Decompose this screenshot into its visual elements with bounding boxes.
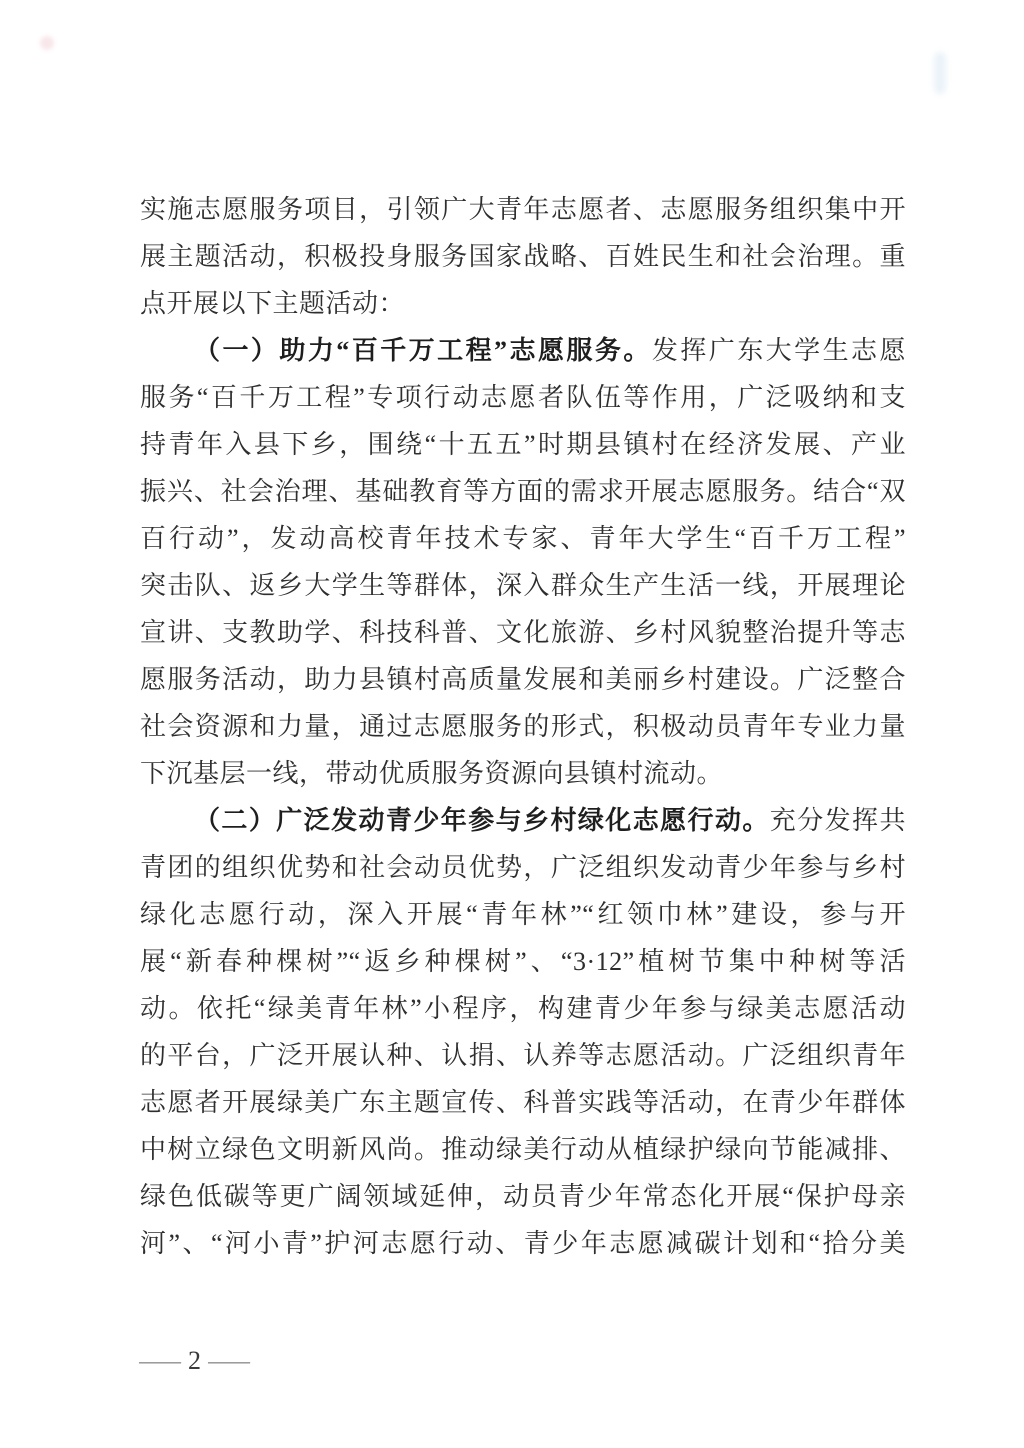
text-line: 绿化志愿行动，深入开展“青年林”“红领巾林”建设，参与开: [140, 891, 906, 938]
document-lines: 实施志愿服务项目，引领广大青年志愿者、志愿服务组织集中开展主题活动，积极投身服务…: [140, 186, 906, 1267]
text-line: 的平台，广泛开展认种、认捐、认养等志愿活动。广泛组织青年: [140, 1032, 906, 1079]
text-line: 愿服务活动，助力县镇村高质量发展和美丽乡村建设。广泛整合: [140, 656, 906, 703]
text-line: 河”、“河小青”护河志愿行动、青少年志愿减碳计划和“拾分美: [140, 1220, 906, 1267]
scan-artifact-top-left: [40, 36, 54, 50]
text-line: 持青年入县下乡，围绕“十五五”时期县镇村在经济发展、产业: [140, 421, 906, 468]
text-line: 青团的组织优势和社会动员优势，广泛组织发动青少年参与乡村: [140, 844, 906, 891]
text-line: 服务“百千万工程”专项行动志愿者队伍等作用，广泛吸纳和支: [140, 374, 906, 421]
text-line: 绿色低碳等更广阔领域延伸，动员青少年常态化开展“保护母亲: [140, 1173, 906, 1220]
text-line: 实施志愿服务项目，引领广大青年志愿者、志愿服务组织集中开: [140, 186, 906, 233]
scanned-document-page: 实施志愿服务项目，引领广大青年志愿者、志愿服务组织集中开展主题活动，积极投身服务…: [0, 0, 1024, 1448]
text-line: （一）助力“百千万工程”志愿服务。发挥广东大学生志愿: [140, 327, 906, 374]
text-line: 中树立绿色文明新风尚。推动绿美行动从植绿护绿向节能减排、: [140, 1126, 906, 1173]
text-line: 志愿者开展绿美广东主题宣传、科普实践等活动，在青少年群体: [140, 1079, 906, 1126]
paragraph-heading: （二）广泛发动青少年参与乡村绿化志愿行动。: [194, 806, 770, 835]
text-line: 展“新春种棵树”“返乡种棵树”、“3·12”植树节集中种树等活: [140, 938, 906, 985]
text-line: 展主题活动，积极投身服务国家战略、百姓民生和社会治理。重: [140, 233, 906, 280]
text-line: 点开展以下主题活动：: [140, 280, 906, 327]
text-line: 下沉基层一线，带动优质服务资源向县镇村流动。: [140, 750, 906, 797]
text-line: 振兴、社会治理、基础教育等方面的需求开展志愿服务。结合“双: [140, 468, 906, 515]
text-line: 宣讲、支教助学、科技科普、文化旅游、乡村风貌整治提升等志: [140, 609, 906, 656]
scan-artifact-top-right: [934, 52, 946, 94]
footer-dash-left: —: [130, 1341, 191, 1381]
text-line: 突击队、返乡大学生等群体，深入群众生产生活一线，开展理论: [140, 562, 906, 609]
footer-dash-right: —: [199, 1341, 260, 1381]
text-line: 社会资源和力量，通过志愿服务的形式，积极动员青年专业力量: [140, 703, 906, 750]
text-line: （二）广泛发动青少年参与乡村绿化志愿行动。充分发挥共: [140, 797, 906, 844]
paragraph-heading: （一）助力“百千万工程”志愿服务。: [194, 336, 652, 365]
text-line: 动。依托“绿美青年林”小程序，构建青少年参与绿美志愿活动: [140, 985, 906, 1032]
page-footer: — 2 —: [141, 1341, 248, 1381]
text-line: 百行动”，发动高校青年技术专家、青年大学生“百千万工程”: [140, 515, 906, 562]
